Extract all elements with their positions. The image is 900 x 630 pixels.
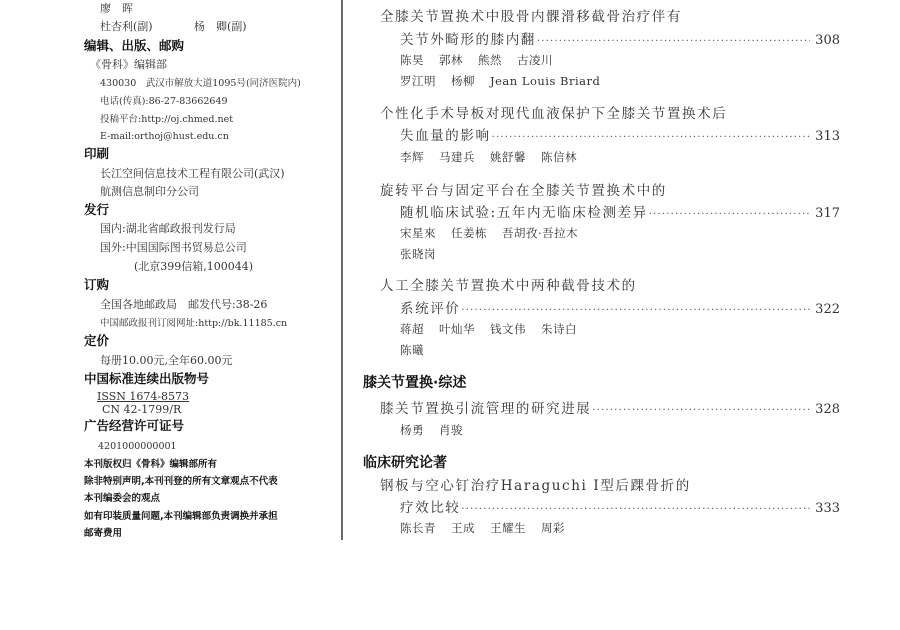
notice-line: 如有印装质量问题,本刊编辑部负责调换并承担: [84, 510, 278, 523]
article-title[interactable]: 膝关节置换引流管理的研究进展 328: [380, 400, 840, 420]
dot-leader: [492, 127, 810, 147]
dot-leader: [592, 400, 810, 420]
section-heading-serial-number: 中国标准连续出版物号: [84, 371, 209, 387]
authors: 杨勇肖骏: [400, 423, 478, 438]
article-title-line2: 关节外畸形的膝内翻: [400, 31, 536, 49]
authors: 张晓岗: [400, 247, 451, 262]
article-title-continued[interactable]: 系统评价 322: [400, 300, 840, 320]
article-title-line2: 随机临床试验:五年内无临床检测差异: [400, 204, 648, 222]
page-number: 313: [814, 128, 840, 146]
dot-leader: [537, 31, 810, 51]
price: 每册10.00元,全年60.00元: [100, 354, 232, 368]
article-title-line2: 系统评价: [400, 300, 460, 318]
ad-license-number: 4201000000001: [98, 440, 177, 454]
authors: 陈昊郭林熊然古凌川: [400, 53, 568, 68]
submission-platform: 投稿平台:http://oj.chmed.net: [100, 113, 233, 127]
dot-leader: [461, 499, 810, 519]
page-number: 322: [814, 301, 840, 319]
article-title-line2: 失血量的影响: [400, 127, 491, 145]
printer-line: 航测信息制印分公司: [100, 185, 199, 199]
deputy-editor: 杜杏利(副): [100, 20, 153, 34]
issn: ISSN 1674-8573: [97, 390, 189, 404]
notice-line: 本刊编委会的观点: [84, 492, 160, 505]
article-title-continued[interactable]: 随机临床试验:五年内无临床检测差异 317: [400, 204, 840, 224]
authors: 宋星來任姜栋吾胡孜·吾拉木: [400, 226, 593, 241]
article-title[interactable]: 个性化手术导板对现代血液保护下全膝关节置换术后: [380, 105, 727, 123]
notice-line: 除非特别声明,本刊刊登的所有文章观点不代表: [84, 475, 278, 488]
authors: 李辉马建兵姚舒馨陈信林: [400, 150, 592, 165]
distribution-foreign: 国外:中国国际图书贸易总公司: [100, 241, 247, 255]
address: 430030 武汉市解放大道1095号(同济医院内): [100, 77, 301, 91]
section-heading-subscription: 订购: [84, 277, 109, 293]
page-number: 333: [814, 500, 840, 518]
dot-leader: [649, 204, 810, 224]
section-heading-review: 膝关节置换·综述: [363, 374, 466, 392]
deputy-editor: 杨 卿(副): [194, 20, 247, 34]
distribution-domestic: 国内:湖北省邮政报刊发行局: [100, 222, 236, 236]
article-title-continued[interactable]: 关节外畸形的膝内翻 308: [400, 31, 840, 51]
notice-line: 邮寄费用: [84, 527, 122, 540]
section-heading-price: 定价: [84, 333, 109, 349]
authors: 蒋超叶灿华钱文伟朱诗白: [400, 322, 592, 337]
dot-leader: [461, 300, 810, 320]
section-heading-editorial: 编辑、出版、邮购: [84, 38, 184, 54]
section-heading-ad-license: 广告经营许可证号: [84, 418, 184, 434]
cn-number: CN 42-1799/R: [102, 403, 181, 417]
article-title[interactable]: 旋转平台与固定平台在全膝关节置换术中的: [380, 182, 667, 200]
phone: 电话(传真):86-27-83662649: [100, 95, 228, 109]
printer-line: 长江空间信息技术工程有限公司(武汉): [100, 167, 285, 181]
page-number: 308: [814, 32, 840, 50]
article-title-continued[interactable]: 失血量的影响 313: [400, 127, 840, 147]
page-number: 317: [814, 205, 840, 223]
article-title-line2: 疗效比较: [400, 499, 460, 517]
subscription-code: 全国各地邮政局 邮发代号:38-26: [100, 298, 267, 312]
editorial-office: 《骨科》编辑部: [90, 58, 167, 72]
section-heading-distribution: 发行: [84, 202, 109, 218]
editor-name: 廖 晖: [100, 2, 133, 16]
article-title-continued[interactable]: 疗效比较 333: [400, 499, 840, 519]
article-title[interactable]: 全膝关节置换术中股骨内髁滑移截骨治疗伴有: [380, 8, 682, 26]
section-heading-printing: 印刷: [84, 146, 109, 162]
authors: 陈曦: [400, 343, 439, 358]
authors: 罗江明杨柳Jean Louis Briard: [400, 74, 615, 89]
subscription-url: 中国邮政报刊订阅网址:http://bk.11185.cn: [100, 317, 287, 331]
page-number: 328: [814, 401, 840, 419]
email: E-mail:orthoj@hust.edu.cn: [100, 130, 229, 144]
notice-line: 本刊版权归《骨科》编辑部所有: [84, 458, 217, 471]
column-divider: [341, 0, 343, 540]
distribution-mailbox: (北京399信箱,100044): [134, 260, 253, 274]
article-title[interactable]: 钢板与空心钉治疗Haraguchi Ⅰ型后踝骨折的: [380, 477, 691, 495]
article-title-text: 膝关节置换引流管理的研究进展: [380, 400, 591, 418]
section-heading-clinical: 临床研究论著: [363, 454, 447, 472]
article-title[interactable]: 人工全膝关节置换术中两种截骨技术的: [380, 277, 637, 295]
authors: 陈长青王成王耀生周彩: [400, 521, 580, 536]
